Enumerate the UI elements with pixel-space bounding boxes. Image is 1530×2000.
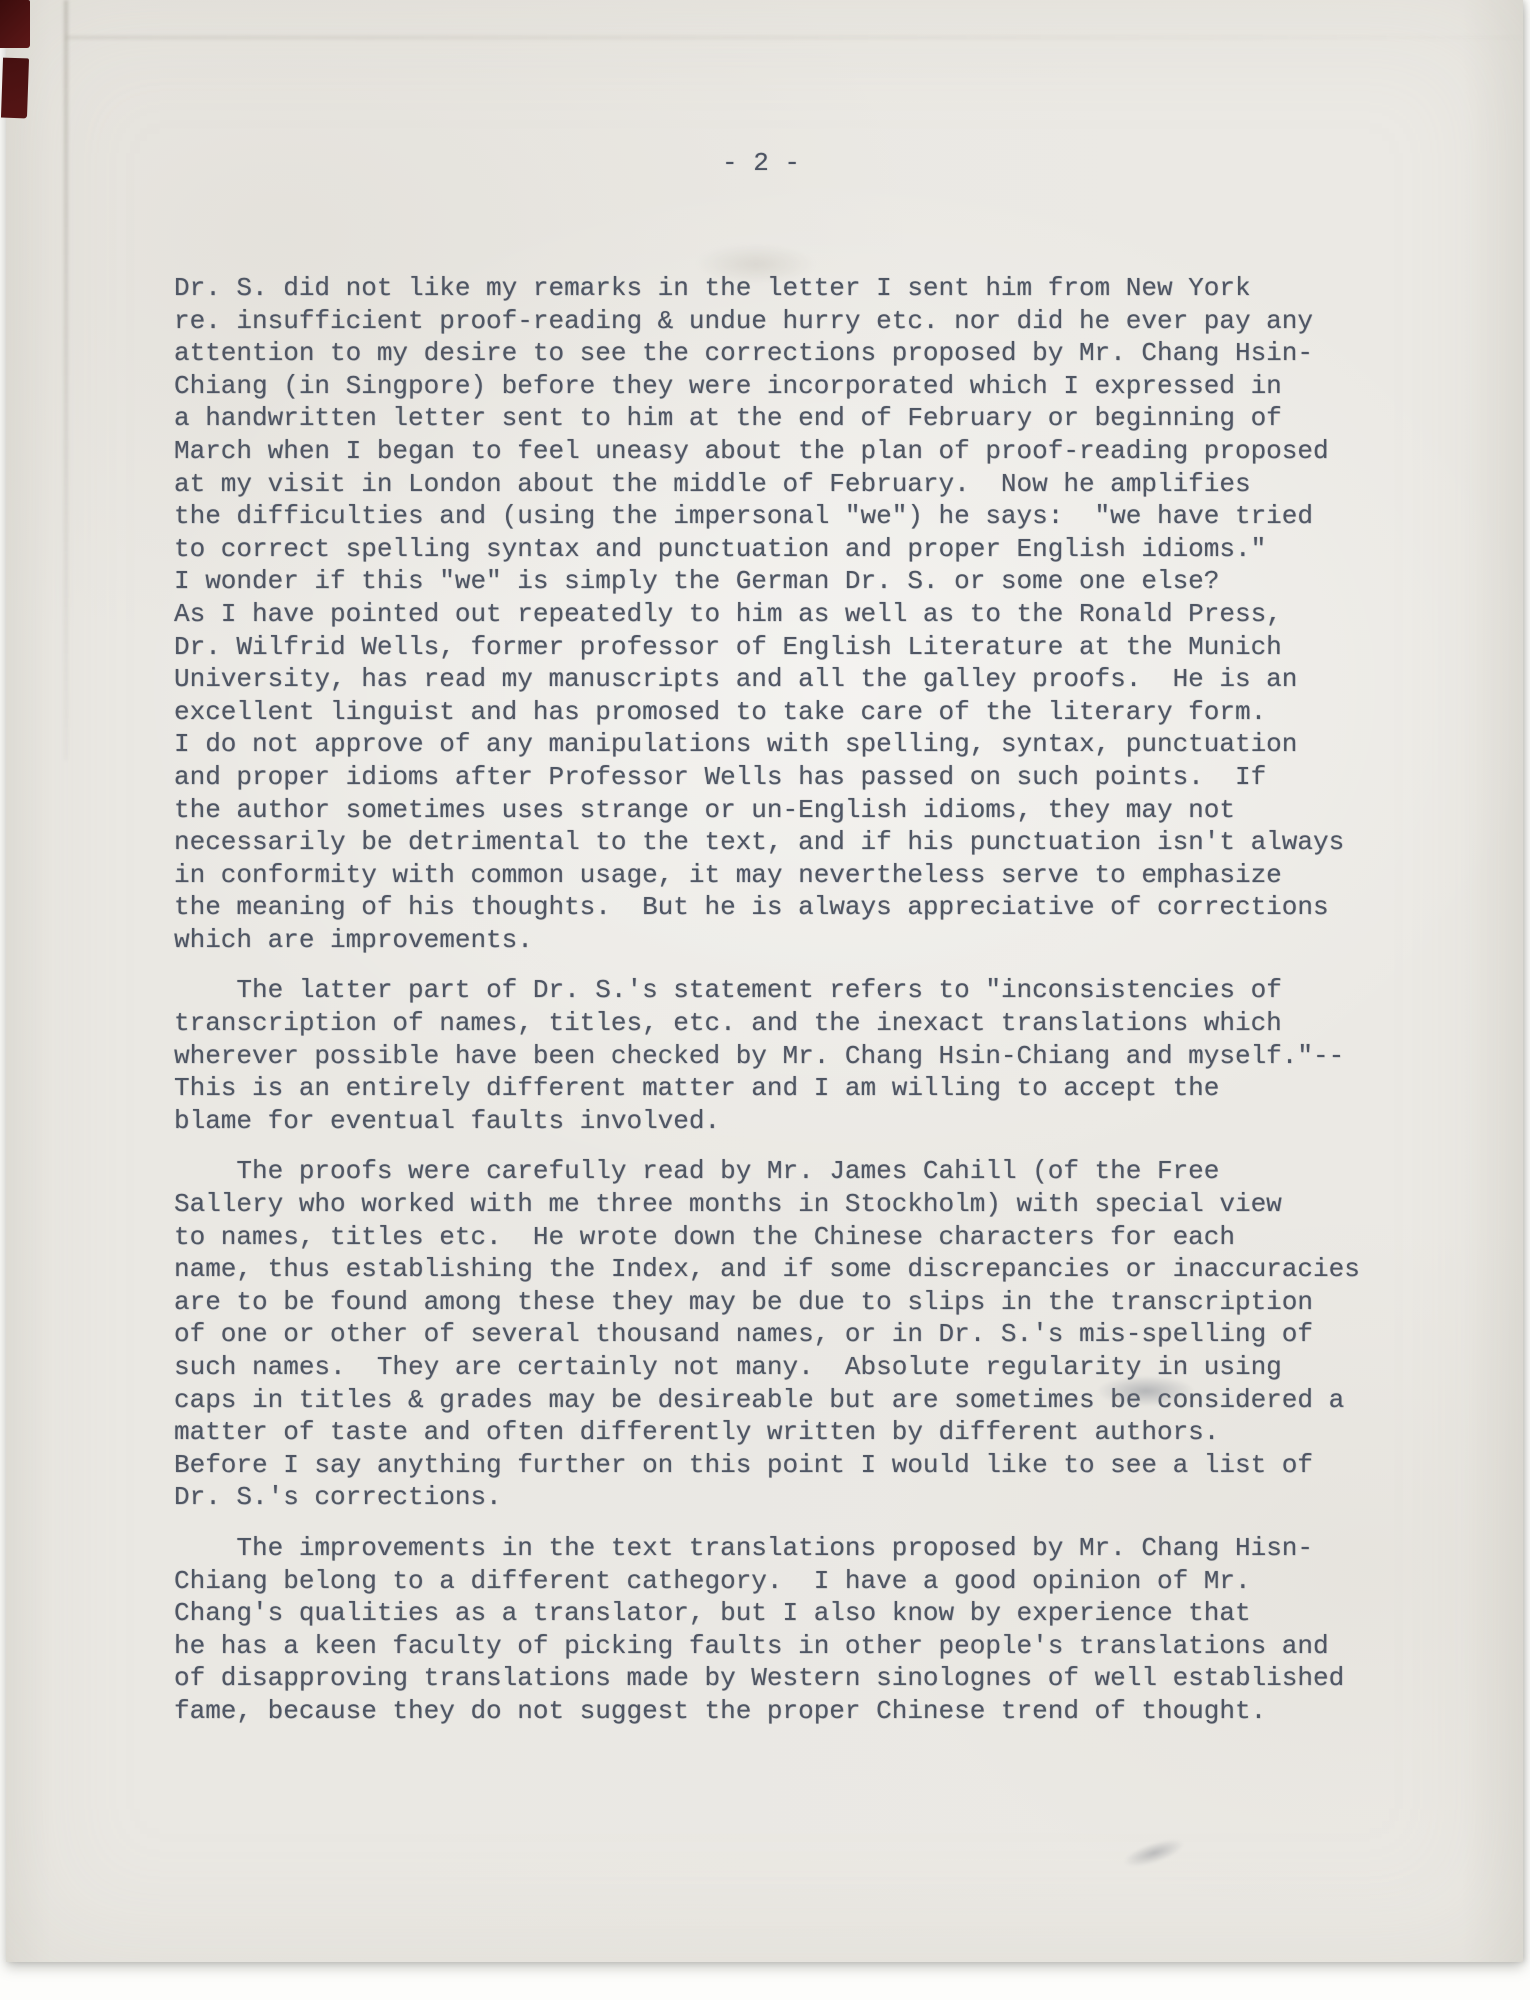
paragraph-3: The proofs were carefully read by Mr. Ja… <box>174 1155 1434 1514</box>
binding-mark <box>1 58 29 119</box>
paper-sheet: - 2 - Dr. S. did not like my remarks in … <box>6 0 1523 1962</box>
paragraph-4: The improvements in the text translation… <box>174 1532 1434 1728</box>
page-number: - 2 - <box>722 148 800 178</box>
ink-smudge <box>1120 1834 1187 1873</box>
ink-smudge <box>1098 1376 1194 1406</box>
binding-mark <box>0 0 30 48</box>
scanned-letter-page: - 2 - Dr. S. did not like my remarks in … <box>0 0 1530 2000</box>
letter-body: Dr. S. did not like my remarks in the le… <box>174 272 1434 1746</box>
paper-crease-vertical <box>64 0 68 760</box>
paragraph-1: Dr. S. did not like my remarks in the le… <box>174 272 1434 956</box>
paper-crease-horizontal <box>66 36 1522 39</box>
paragraph-2: The latter part of Dr. S.'s statement re… <box>174 974 1434 1137</box>
